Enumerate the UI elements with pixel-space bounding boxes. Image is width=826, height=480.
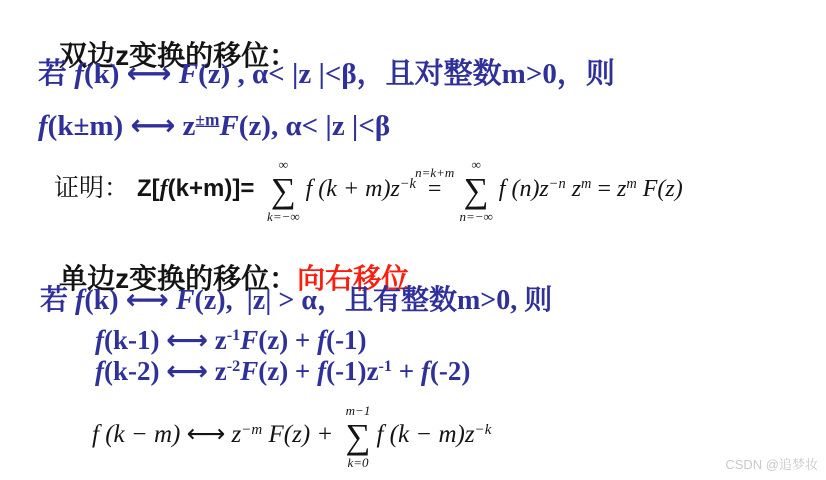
double-arrow: ←→ — [130, 108, 175, 142]
summation-symbol: ∞∑k=−∞ — [267, 158, 300, 223]
math-token: f (n)z — [499, 176, 549, 202]
math-token: F — [240, 356, 258, 386]
math-token: −k — [475, 422, 492, 438]
math-token: f (k − m)z — [376, 421, 474, 448]
slide: 双边z变换的移位： 若 f(k) ←→ F(z) , α< |z |<β，且对整… — [0, 0, 826, 480]
math-token: (z), α< |z |<β — [239, 110, 390, 142]
math-token: −k — [400, 176, 416, 192]
math-token: z — [208, 325, 227, 355]
double-arrow: ←→ — [127, 56, 172, 90]
math-token: -1 — [379, 357, 392, 375]
math-token: z — [175, 110, 195, 142]
math-token: -2 — [227, 357, 240, 375]
math-token: f — [75, 285, 84, 316]
math-token: 若 — [38, 58, 74, 90]
math-token: + — [392, 356, 421, 386]
math-token: (k±m) — [48, 110, 131, 142]
math-token: f (k + m)z — [306, 176, 400, 202]
double-arrow: ←→ — [187, 419, 226, 448]
double-arrow: ←→ — [166, 356, 208, 387]
watermark: CSDN @追梦妆 — [725, 454, 818, 473]
math-token: (z) + — [258, 356, 317, 386]
math-token: −m — [241, 422, 262, 438]
formula-shift-one: f(k-1) ←→ z-1F(z) + f(-1) — [95, 325, 367, 357]
math-token: f — [74, 58, 84, 90]
math-token: (-2) — [430, 356, 470, 386]
math-token: = — [591, 176, 617, 202]
math-token: z — [225, 421, 241, 448]
math-token: m — [581, 176, 591, 192]
math-token: F — [637, 176, 658, 202]
math-token: f — [160, 176, 168, 202]
formula-unilateral-given: 若 f(k) ←→ F(z), |z| > α，且有整数m>0, 则 — [40, 283, 552, 317]
math-token: −n — [549, 176, 566, 192]
summation-symbol: ∞∑n=−∞ — [459, 158, 492, 223]
math-token: f — [95, 356, 104, 386]
math-token: (z) — [657, 176, 682, 202]
formula-bilateral-shift: f(k±m) ←→ z±mF(z), α< |z |<β — [38, 108, 390, 143]
math-token: 证明： — [54, 175, 129, 202]
math-token: F — [171, 58, 198, 90]
formula-shift-m: f (k − m) ←→ z−m F(z) + m−1∑k=0f (k − m)… — [92, 404, 491, 469]
math-token: f — [317, 325, 326, 355]
formula-bilateral-given: 若 f(k) ←→ F(z) , α< |z |<β，且对整数m>0，则 — [38, 56, 615, 91]
sigma-glyph: ∑ — [464, 171, 489, 210]
math-token: (z), |z| > α，且有整数m>0, 则 — [195, 285, 553, 316]
math-token: 若 — [40, 285, 75, 316]
double-arrow: ←→ — [126, 283, 169, 316]
math-token: z — [617, 176, 626, 202]
math-token: Z[ — [137, 175, 160, 202]
math-token: ±m — [195, 109, 219, 129]
annotated-equals: n=k+m= — [428, 175, 442, 203]
math-token: (z) + — [284, 421, 340, 448]
math-token: (k-1) — [104, 325, 166, 355]
math-token: F — [240, 325, 258, 355]
math-token: f — [317, 356, 326, 386]
summation-symbol: m−1∑k=0 — [346, 404, 371, 469]
math-token: (k+m)]= — [168, 175, 261, 202]
math-token: (z) + — [258, 325, 317, 355]
sigma-glyph: ∑ — [346, 417, 371, 456]
math-token: z — [367, 356, 379, 386]
math-token: (k) — [84, 58, 127, 90]
math-token: (k) — [84, 285, 125, 316]
formula-proof: 证明：Z[f(k+m)]= ∞∑k=−∞f (k + m)z−kn=k+m=∞∑… — [54, 158, 683, 223]
math-token: (z) , α< |z |<β，且对整数m>0，则 — [198, 58, 615, 90]
formula-shift-two: f(k-2) ←→ z-2F(z) + f(-1)z-1 + f(-2) — [95, 356, 470, 388]
math-token: -1 — [227, 326, 240, 344]
math-token: F — [169, 285, 195, 316]
math-token: F — [219, 110, 238, 142]
math-token: (k-2) — [104, 356, 166, 386]
math-token: (-1) — [326, 325, 366, 355]
math-token: f — [95, 325, 104, 355]
math-token: f — [421, 356, 430, 386]
math-token: z — [566, 176, 581, 202]
math-token: z — [208, 356, 227, 386]
watermark-text: CSDN @追梦妆 — [725, 457, 818, 472]
math-token: f (k − m) — [92, 421, 187, 448]
sigma-glyph: ∑ — [271, 171, 296, 210]
double-arrow: ←→ — [166, 325, 208, 356]
math-token: m — [626, 176, 636, 192]
math-token: f — [38, 110, 48, 142]
math-token: F — [262, 421, 284, 448]
math-token: (-1) — [326, 356, 366, 386]
